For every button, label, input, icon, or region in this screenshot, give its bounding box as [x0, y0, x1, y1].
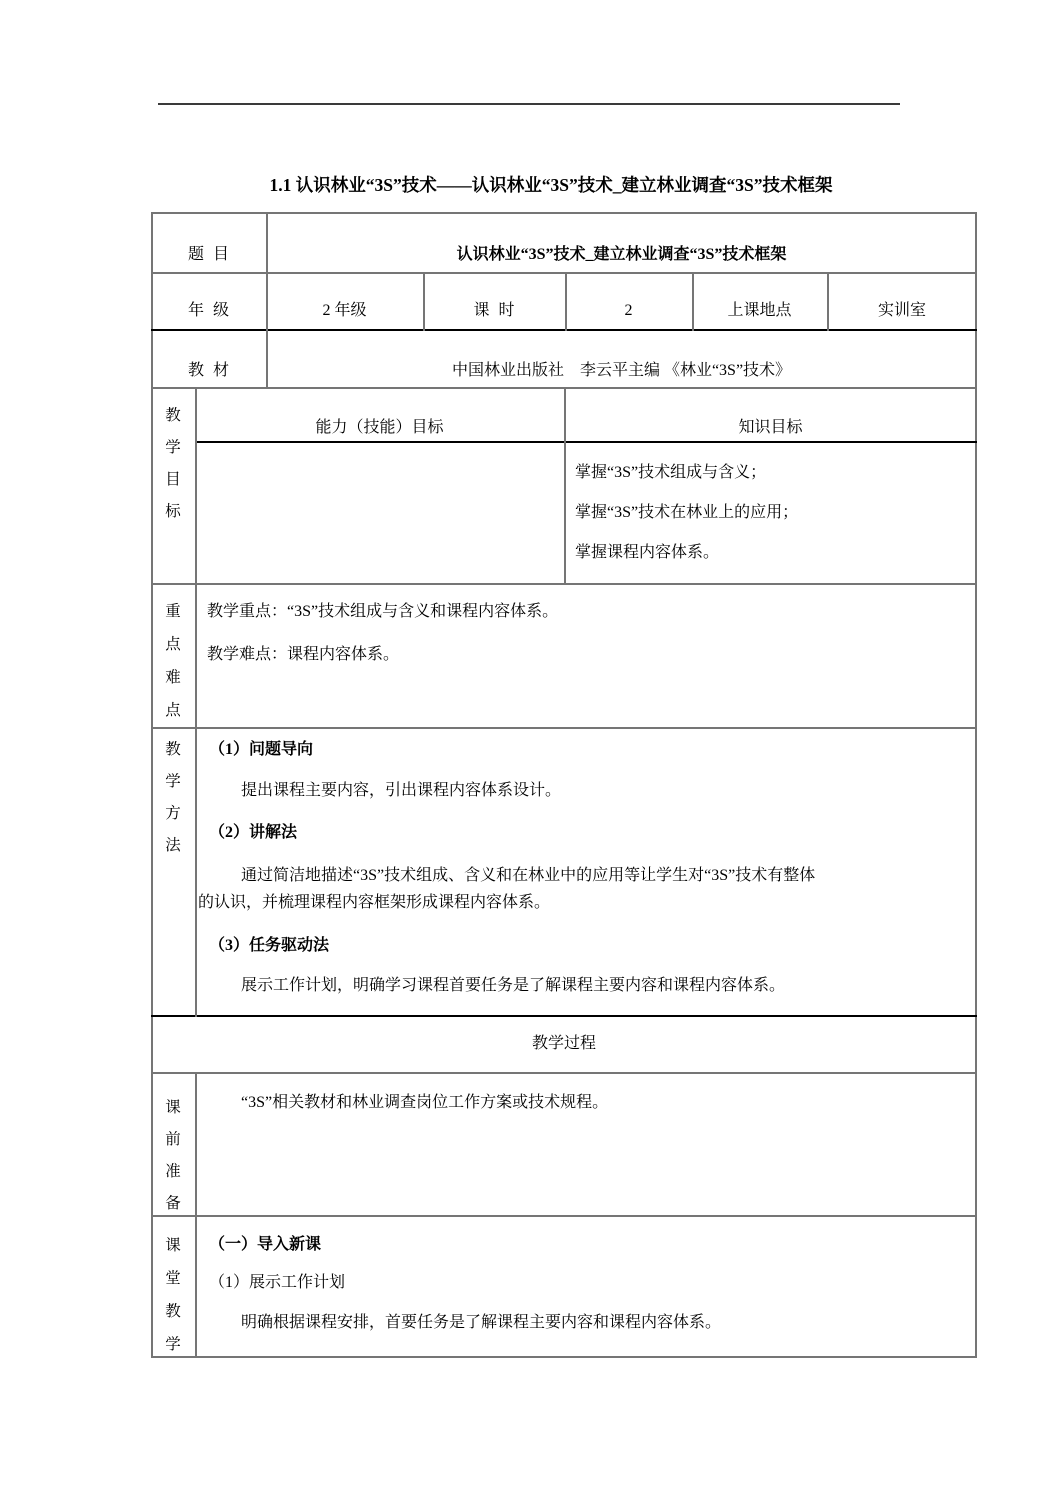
grade-label: 年级: [151, 300, 266, 322]
classroom-item: （1）展示工作计划: [209, 1272, 345, 1294]
doc-title: 1.1 认识林业“3S”技术——认识林业“3S”技术_建立林业调查“3S”技术框…: [131, 174, 971, 196]
grade-value: 2 年级: [266, 300, 423, 322]
knowledge-goal-header: 知识目标: [564, 417, 977, 439]
method-para-1: 提出课程主要内容，引出课程内容体系设计。: [241, 780, 561, 802]
document-page: 1.1 认识林业“3S”技术——认识林业“3S”技术_建立林业调查“3S”技术框…: [0, 0, 1059, 1497]
grid-line-dark: [151, 329, 977, 331]
grid-line: [195, 1072, 197, 1358]
grid-line-dark: [196, 441, 977, 443]
skill-goal-header: 能力（技能）目标: [195, 417, 564, 439]
method-heading-2: （2）讲解法: [209, 822, 297, 844]
keypoints-content: 教学重点：“3S”技术组成与含义和课程内容体系。 教学难点：课程内容体系。: [207, 590, 967, 676]
grid-line: [151, 272, 977, 274]
grid-line: [151, 583, 977, 585]
objectives-side-label: 教 学 目 标: [151, 400, 195, 528]
page-top-rule: [158, 103, 900, 105]
grid-line: [151, 1215, 977, 1217]
classroom-side-label: 课 堂 教 学: [151, 1229, 195, 1361]
textbook-label: 教材: [151, 360, 266, 382]
textbook-value: 中国林业出版社 李云平主编 《林业“3S”技术》: [266, 360, 977, 382]
title-row-value: 认识林业“3S”技术_建立林业调查“3S”技术框架: [266, 244, 977, 266]
knowledge-goal-items: 掌握“3S”技术组成与含义； 掌握“3S”技术在林业上的应用； 掌握课程内容体系…: [575, 453, 970, 573]
methods-side-label: 教 学 方 法: [151, 734, 195, 862]
classroom-para: 明确根据课程安排，首要任务是了解课程主要内容和课程内容体系。: [241, 1312, 721, 1334]
grid-line-dark: [151, 1015, 977, 1017]
method-heading-1: （1）问题导向: [209, 739, 313, 761]
hours-label: 课时: [423, 300, 565, 322]
location-label: 上课地点: [692, 300, 827, 322]
grid-line: [151, 1072, 977, 1074]
method-heading-3: （3）任务驱动法: [209, 935, 329, 957]
keypoints-side-label: 重 点 难 点: [151, 595, 195, 727]
classroom-heading: （一）导入新课: [209, 1234, 321, 1256]
grid-line: [195, 387, 197, 1017]
hours-value: 2: [565, 300, 692, 322]
method-para-3: 展示工作计划，明确学习课程首要任务是了解课程主要内容和课程内容体系。: [241, 975, 785, 997]
preparation-side-label: 课 前 准 备: [151, 1092, 195, 1220]
grid-line: [151, 727, 977, 729]
preparation-content: “3S”相关教材和林业调查岗位工作方案或技术规程。: [241, 1092, 961, 1114]
process-header: 教学过程: [151, 1033, 977, 1055]
location-value: 实训室: [827, 300, 977, 322]
title-row-label: 题目: [151, 244, 266, 266]
method-para-2: 通过简洁地描述“3S”技术组成、含义和在林业中的应用等让学生对“3S”技术有整体…: [198, 862, 970, 916]
